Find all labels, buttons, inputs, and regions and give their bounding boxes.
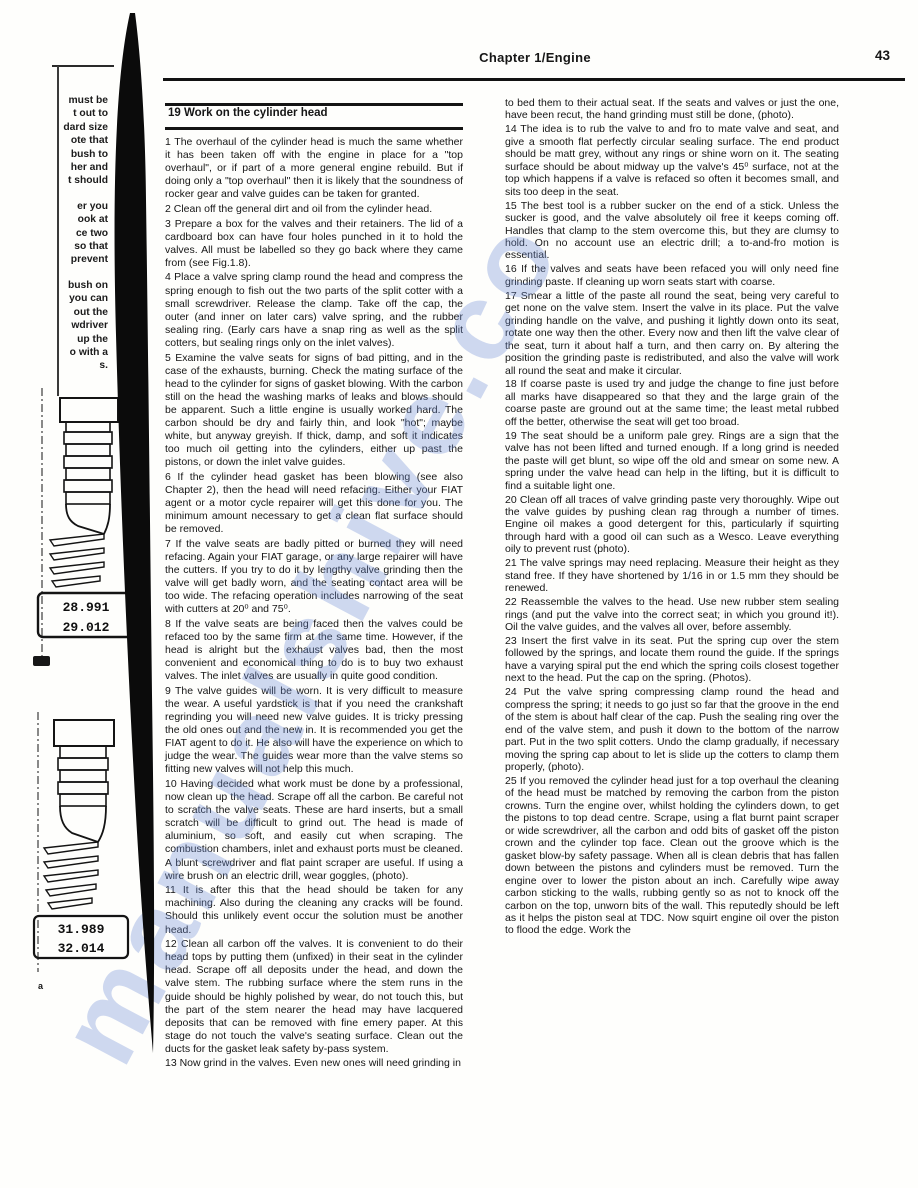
paragraph: 19 The seat should be a uniform pale gre… — [505, 430, 839, 492]
section-rule-bottom — [165, 127, 463, 130]
margin-fragment: must be — [36, 94, 108, 107]
margin-fragment: prevent — [36, 253, 108, 266]
margin-fragment: ook at — [36, 213, 108, 226]
tolerance-value-upper-1: 28.991 — [63, 600, 110, 615]
paragraph: 15 The best tool is a rubber sucker on t… — [505, 200, 839, 262]
margin-top-rule — [52, 65, 114, 67]
page-number: 43 — [875, 48, 890, 63]
margin-fragment: ote that — [36, 134, 108, 147]
paragraph: 24 Put the valve spring compressing clam… — [505, 686, 839, 773]
paragraph: 16 If the valves and seats have been ref… — [505, 263, 839, 288]
margin-fragment: o with a — [36, 346, 108, 359]
paragraph: 5 Examine the valve seats for signs of b… — [165, 352, 463, 470]
margin-fragment: so that — [36, 240, 108, 253]
margin-fragment: out the — [36, 306, 108, 319]
tolerance-value-upper-2: 29.012 — [63, 620, 110, 635]
paragraph: 23 Insert the first valve in its seat. P… — [505, 635, 839, 685]
chapter-title: Chapter 1/Engine — [165, 50, 905, 65]
section-heading: 19 Work on the cylinder head — [168, 107, 460, 119]
margin-fragment-group: er youook atce twoso thatprevent — [36, 200, 108, 267]
paragraph: 25 If you removed the cylinder head just… — [505, 775, 839, 937]
paragraph: 13 Now grind in the valves. Even new one… — [165, 1057, 463, 1070]
margin-fragment: wdriver — [36, 319, 108, 332]
paragraph: to bed them to their actual seat. If the… — [505, 97, 839, 122]
margin-fragment-group: bush onyou canout thewdriverup theo with… — [36, 279, 108, 373]
paragraph: 3 Prepare a box for the valves and their… — [165, 218, 463, 270]
valve-guide-diagram-lower: 31.989 32.014 — [26, 712, 138, 972]
margin-stray-character: a — [38, 981, 43, 991]
paragraph: 12 Clean all carbon off the valves. It i… — [165, 938, 463, 1056]
left-column-text: 1 The overhaul of the cylinder head is m… — [165, 136, 463, 1072]
margin-fragment: t out to — [36, 107, 108, 120]
margin-fragment: bush to — [36, 148, 108, 161]
margin-fragment: er you — [36, 200, 108, 213]
paragraph: 18 If coarse paste is used try and judge… — [505, 378, 839, 428]
paragraph: 21 The valve springs may need replacing.… — [505, 557, 839, 594]
margin-fragment: s. — [36, 359, 108, 372]
paragraph: 4 Place a valve spring clamp round the h… — [165, 271, 463, 350]
tolerance-value-lower-1: 31.989 — [58, 922, 105, 937]
margin-fragment: her and — [36, 161, 108, 174]
paragraph: 8 If the valve seats are being faced the… — [165, 618, 463, 683]
right-column-text: to bed them to their actual seat. If the… — [505, 97, 839, 938]
margin-fragment: dard size — [36, 121, 108, 134]
valve-guide-diagram-upper: 28.991 29.012 — [30, 388, 142, 656]
margin-fragment-group: must bet out todard sizeote thatbush toh… — [36, 94, 108, 188]
tolerance-value-lower-2: 32.014 — [58, 941, 105, 956]
paragraph: 22 Reassemble the valves to the head. Us… — [505, 596, 839, 633]
paragraph: 17 Smear a little of the paste all round… — [505, 290, 839, 377]
paragraph: 7 If the valve seats are badly pitted or… — [165, 538, 463, 617]
header-rule — [163, 78, 905, 81]
paragraph: 10 Having decided what work must be done… — [165, 778, 463, 883]
margin-fragments: must bet out todard sizeote thatbush toh… — [36, 94, 108, 385]
paragraph: 11 It is after this that the head should… — [165, 884, 463, 936]
paragraph: 1 The overhaul of the cylinder head is m… — [165, 136, 463, 201]
margin-fragment: you can — [36, 292, 108, 305]
paragraph: 6 If the cylinder head gasket has been b… — [165, 471, 463, 536]
margin-fragment: bush on — [36, 279, 108, 292]
scan-artifact-blob — [33, 656, 50, 666]
scanned-page: Chapter 1/Engine 43 19 Work on the cylin… — [0, 0, 918, 1188]
section-rule-top — [165, 103, 463, 106]
paragraph: 14 The idea is to rub the valve to and f… — [505, 123, 839, 198]
margin-fragment: t should — [36, 174, 108, 187]
paragraph: 9 The valve guides will be worn. It is v… — [165, 685, 463, 777]
margin-fragment: up the — [36, 333, 108, 346]
margin-fragment: ce two — [36, 227, 108, 240]
paragraph: 20 Clean off all traces of valve grindin… — [505, 494, 839, 556]
paragraph: 2 Clean off the general dirt and oil fro… — [165, 203, 463, 216]
